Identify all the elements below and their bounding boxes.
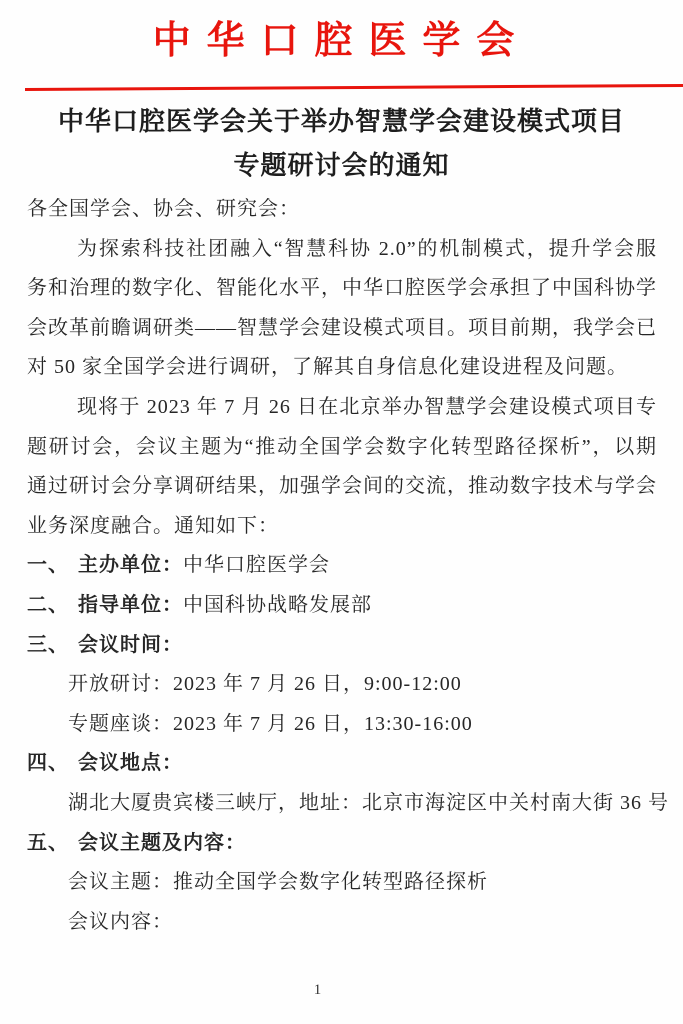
section-number: 一、 <box>27 546 78 586</box>
section-number: 四、 <box>27 744 78 784</box>
document-title: 中华口腔医学会关于举办智慧学会建设模式项目 专题研讨会的通知 <box>0 100 683 188</box>
paragraph1-line3: 会改革前瞻调研类——智慧学会建设模式项目。项目前期，我学会已 <box>27 309 657 349</box>
page-number: 1 <box>0 982 635 999</box>
document-body: 各全国学会、协会、研究会： 为探索科技社团融入“智慧科协 2.0”的机制模式，提… <box>27 190 657 942</box>
document-title-line1: 中华口腔医学会关于举办智慧学会建设模式项目 <box>0 100 683 144</box>
paragraph2-line1: 现将于 2023 年 7 月 26 日在北京举办智慧学会建设模式项目专 <box>27 388 657 428</box>
meeting-topic-line: 会议主题：推动全国学会数字化转型路径探析 <box>27 863 657 903</box>
section-host-organizer: 一、主办单位：中华口腔医学会 <box>27 546 657 586</box>
section-number: 二、 <box>27 586 78 626</box>
section-number: 三、 <box>27 626 78 666</box>
paragraph2-line4: 业务深度融合。通知如下： <box>27 507 657 547</box>
section-label: 会议地点： <box>78 752 183 774</box>
meeting-venue-address: 湖北大厦贵宾楼三峡厅，地址：北京市海淀区中关村南大街 36 号 <box>27 784 657 824</box>
paragraph2-line2: 题研讨会，会议主题为“推动全国学会数字化转型路径探析”，以期 <box>27 428 657 468</box>
meeting-content-line: 会议内容： <box>27 903 657 943</box>
meeting-time-open-seminar: 开放研讨：2023 年 7 月 26 日，9:00-12:00 <box>27 665 657 705</box>
salutation: 各全国学会、协会、研究会： <box>27 190 657 230</box>
section-label: 会议主题及内容： <box>78 832 246 854</box>
letterhead-org-name: 中华口腔医学会 <box>0 18 683 64</box>
section-label: 主办单位： <box>78 554 183 576</box>
section-number: 五、 <box>27 824 78 864</box>
document-page: 中华口腔医学会 中华口腔医学会关于举办智慧学会建设模式项目 专题研讨会的通知 各… <box>0 0 683 1024</box>
section-label: 会议时间： <box>78 634 183 656</box>
document-title-line2: 专题研讨会的通知 <box>0 144 683 188</box>
section-meeting-time: 三、会议时间： <box>27 626 657 666</box>
section-value: 中华口腔医学会 <box>183 554 330 576</box>
letterhead-divider-rule <box>25 84 683 91</box>
paragraph1-line2: 务和治理的数字化、智能化水平，中华口腔医学会承担了中国科协学 <box>27 269 657 309</box>
section-meeting-venue: 四、会议地点： <box>27 744 657 784</box>
paragraph2-line3: 通过研讨会分享调研结果，加强学会间的交流，推动数字技术与学会 <box>27 467 657 507</box>
paragraph1-line4: 对 50 家全国学会进行调研，了解其自身信息化建设进程及问题。 <box>27 348 657 388</box>
meeting-time-panel-talk: 专题座谈：2023 年 7 月 26 日，13:30-16:00 <box>27 705 657 745</box>
section-label: 指导单位： <box>78 594 183 616</box>
section-value: 中国科协战略发展部 <box>183 594 372 616</box>
section-guiding-unit: 二、指导单位：中国科协战略发展部 <box>27 586 657 626</box>
section-meeting-topic: 五、会议主题及内容： <box>27 824 657 864</box>
paragraph1-line1: 为探索科技社团融入“智慧科协 2.0”的机制模式，提升学会服 <box>27 230 657 270</box>
